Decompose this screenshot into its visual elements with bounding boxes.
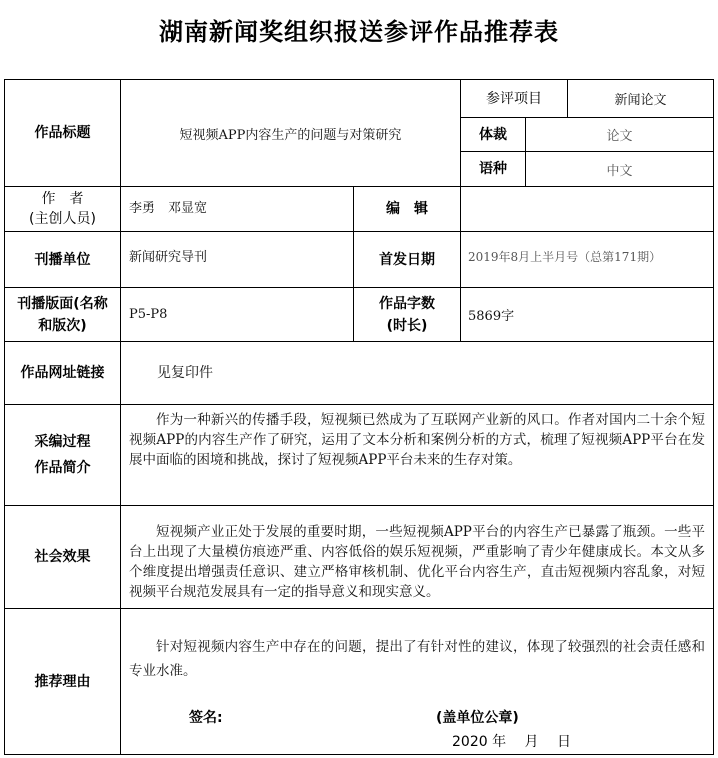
language-label: 语种	[460, 151, 526, 187]
document-title: 湖南新闻奖组织报送参评作品推荐表	[0, 12, 718, 47]
social-effect-value: 短视频产业正处于发展的重要时期，一些短视频APP平台的内容生产已暴露了瓶颈。一些…	[120, 505, 714, 609]
recommendation-date: 2020 年 月 日	[452, 731, 571, 751]
social-effect-label: 社会效果	[4, 505, 121, 609]
social-effect-label-text: 社会效果	[35, 546, 91, 568]
genre-value-text: 论文	[606, 125, 632, 144]
summary-value: 作为一种新兴的传播手段，短视频已然成为了互联网产业新的风口。作者对国内二十余个短…	[120, 404, 714, 506]
language-value: 中文	[525, 151, 714, 187]
recommendation-value: 针对短视频内容生产中存在的问题，提出了有针对性的建议，体现了较强烈的社会责任感和…	[120, 608, 714, 755]
publisher-value: 新闻研究导刊	[120, 231, 354, 288]
category-value: 新闻论文	[567, 79, 714, 118]
work-title-label-text: 作品标题	[35, 122, 91, 144]
word-count-value: 5869字	[460, 287, 714, 342]
category-label: 参评项目	[460, 79, 568, 118]
publisher-value-text: 新闻研究导刊	[129, 246, 207, 265]
genre-label-text: 体裁	[479, 124, 507, 146]
layout-label-line1: 刊播版面(名称	[17, 293, 107, 315]
work-title-label: 作品标题	[4, 79, 121, 187]
url-label: 作品网址链接	[4, 341, 121, 405]
editor-value	[460, 186, 714, 232]
layout-value: P5-P8	[120, 287, 354, 342]
genre-value: 论文	[525, 117, 714, 152]
summary-label: 采编过程 作品简介	[4, 404, 121, 506]
work-title-text: 短视频APP内容生产的问题与对策研究	[180, 124, 402, 143]
recommendation-text: 针对短视频内容生产中存在的问题，提出了有针对性的建议，体现了较强烈的社会责任感和…	[121, 635, 713, 683]
publish-date-label-text: 首发日期	[379, 249, 435, 271]
summary-label-line2: 作品简介	[35, 455, 91, 481]
editor-label: 编 辑	[353, 186, 461, 232]
author-value-text: 李勇 邓显宽	[129, 197, 207, 216]
publisher-label: 刊播单位	[4, 231, 121, 288]
signature-label: 签名:	[189, 707, 223, 727]
summary-label-line1: 采编过程	[35, 429, 91, 455]
author-label-line2: (主创人员)	[29, 209, 96, 229]
genre-label: 体裁	[460, 117, 526, 152]
seal-label: (盖单位公章)	[436, 707, 519, 727]
author-value: 李勇 邓显宽	[120, 186, 354, 232]
publish-date-label: 首发日期	[353, 231, 461, 288]
publish-date-value: 2019年8月上半月号（总第171期）	[460, 231, 714, 288]
editor-label-text: 编 辑	[386, 198, 428, 220]
language-label-text: 语种	[479, 158, 507, 180]
layout-value-text: P5-P8	[129, 307, 167, 322]
url-value-text: 见复印件	[157, 362, 213, 382]
layout-label-line2: 和版次)	[38, 315, 86, 337]
social-effect-text: 短视频产业正处于发展的重要时期，一些短视频APP平台的内容生产已暴露了瓶颈。一些…	[121, 522, 713, 602]
word-count-label: 作品字数 (时长)	[353, 287, 461, 342]
author-label: 作 者 (主创人员)	[4, 186, 121, 232]
publisher-label-text: 刊播单位	[35, 249, 91, 271]
recommendation-label-text: 推荐理由	[35, 671, 91, 693]
publish-date-value-text: 2019年8月上半月号（总第171期）	[468, 248, 661, 265]
url-value: 见复印件	[120, 341, 714, 405]
author-label-line1: 作 者	[42, 189, 84, 209]
work-title-value: 短视频APP内容生产的问题与对策研究	[120, 79, 461, 187]
recommendation-label: 推荐理由	[4, 608, 121, 755]
url-label-text: 作品网址链接	[21, 362, 105, 384]
category-value-text: 新闻论文	[614, 89, 666, 108]
category-label-text: 参评项目	[486, 88, 542, 110]
summary-text: 作为一种新兴的传播手段，短视频已然成为了互联网产业新的风口。作者对国内二十余个短…	[121, 410, 713, 470]
layout-label: 刊播版面(名称 和版次)	[4, 287, 121, 342]
language-value-text: 中文	[606, 160, 632, 179]
word-count-label-line1: 作品字数	[379, 293, 435, 315]
word-count-value-text: 5869字	[468, 305, 514, 324]
word-count-label-line2: (时长)	[387, 315, 428, 337]
